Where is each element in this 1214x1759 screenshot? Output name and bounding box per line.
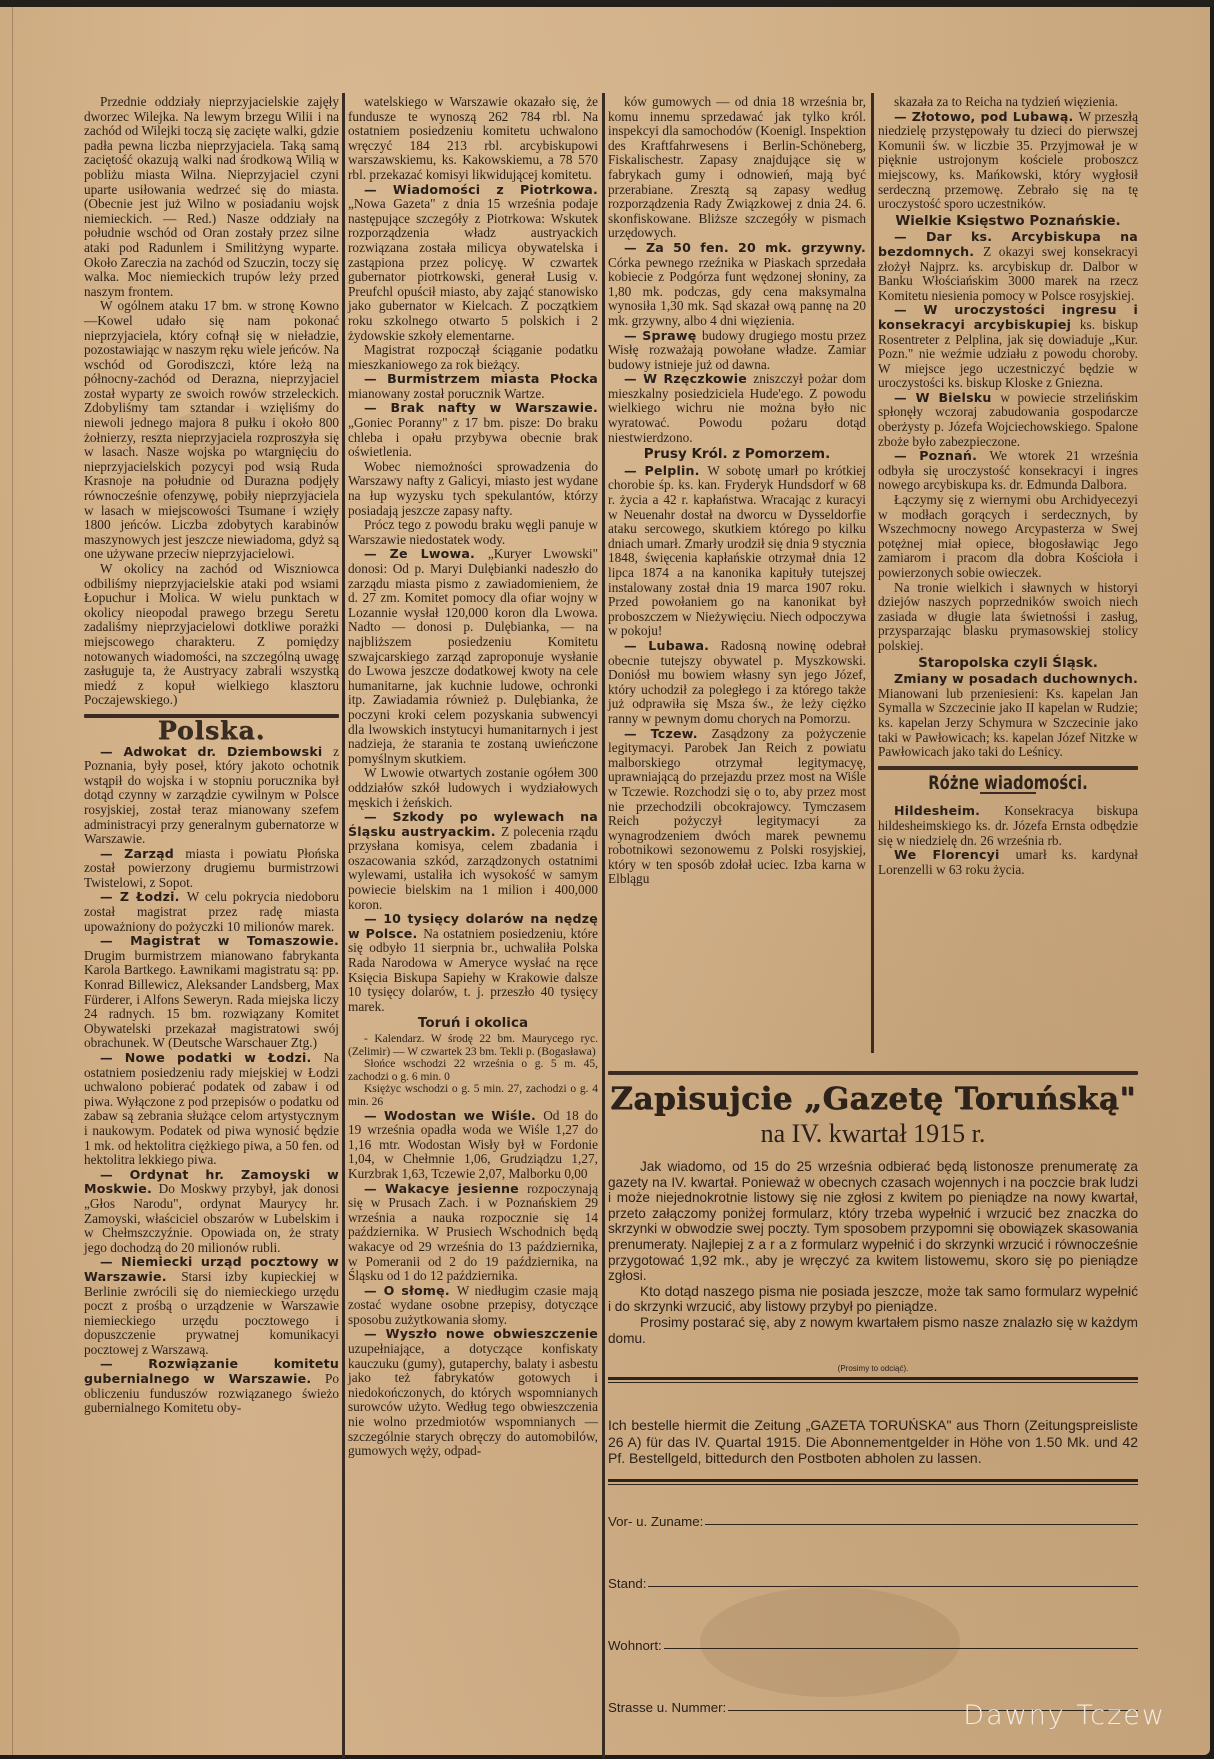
column-1: Przednie oddziały nieprzyjacielskie zaję… (84, 95, 339, 1416)
form-field-label: Stand: (608, 1576, 646, 1591)
advert-paragraph: Jak wiadomo, od 15 do 25 września odbier… (608, 1159, 1138, 1284)
news-item-text: Drugim burmistrzem mianowano fabrykanta … (84, 948, 339, 1051)
news-item-text: Córka pewnego rzeźnika w Piaskach sprzed… (608, 255, 866, 328)
news-item-text: Prócz tego z powodu braku węgli panuje w… (348, 517, 598, 547)
news-item: — Adwokat dr. Dziembowski z Poznania, by… (84, 745, 339, 847)
prusy-news-list: — Pelplin. W sobotę umarł po krótkiej ch… (608, 464, 866, 887)
form-field-label: Vor- u. Zuname: (608, 1514, 703, 1529)
cut-line (608, 1377, 1138, 1383)
news-item-headline: We Florencyi (894, 847, 1016, 862)
news-item-headline: — Wyszło nowe obwieszczenie (364, 1326, 598, 1341)
form-field[interactable]: Stand: (608, 1575, 1138, 1591)
form-divider (608, 1479, 1138, 1485)
section-heading-prusy: Prusy Król. z Pomorzem. (608, 447, 866, 462)
news-item-headline: — Sprawę (624, 328, 702, 343)
advert-paragraph: Kto dotąd naszego pisma nie posiada jesz… (608, 1284, 1138, 1315)
news-item: — Niemiecki urząd pocztowy w Warszawie. … (84, 1255, 339, 1357)
news-item: — Lubawa. Radosną nowinę odebrał obecnie… (608, 639, 866, 727)
form-field-blank[interactable] (664, 1647, 1138, 1649)
column-3: ków gumowych — od dnia 18 września br, k… (608, 95, 866, 887)
news-item-headline: — Złotowo, pod Lubawą. (894, 109, 1078, 124)
news-list: ków gumowych — od dnia 18 września br, k… (608, 95, 866, 445)
form-field-label: Strasse u. Nummer: (608, 1700, 726, 1715)
news-item-headline: — Rozwiązanie komitetu gubernialnego w W… (84, 1356, 339, 1386)
news-item: — W Bielsku w powiecie strzelińskim spło… (878, 391, 1138, 449)
news-item-headline: — Ze Lwowa. (364, 546, 488, 561)
news-item-text: Zasądzony za pożyczenie legitymacyi. Par… (608, 726, 866, 887)
news-item: — Zarząd miasta i powiatu Płońska został… (84, 847, 339, 891)
war-report: Przednie oddziały nieprzyjacielskie zaję… (84, 95, 339, 708)
paragraph: Przednie oddziały nieprzyjacielskie zaję… (84, 95, 339, 299)
section-heading-polska: Polska. (84, 724, 339, 739)
news-item: Zmiany w posadach duchownych. Mianowani … (878, 672, 1138, 760)
news-item-headline: — Tczew. (624, 726, 712, 741)
news-item: — Magistrat w Tomaszowie. Drugim burmist… (84, 934, 339, 1051)
news-item: Prócz tego z powodu braku węgli panuje w… (348, 518, 598, 547)
section-divider (608, 1071, 1138, 1075)
news-item-headline: — Magistrat w Tomaszowie. (100, 933, 339, 948)
news-list: skazała za to Reicha na tydzień więzieni… (878, 95, 1138, 212)
news-item: W Lwowie otwartych zostanie ogółem 300 o… (348, 766, 598, 810)
section-heading-torun: Toruń i okolica (348, 1016, 598, 1031)
torun-news-list: — Wodostan we Wiśle. Od 18 do 19 wrześni… (348, 1109, 598, 1459)
news-item-text: uzupełniające, a dotyczące konfiskaty ka… (348, 1341, 598, 1458)
news-item: — Złotowo, pod Lubawą. W przeszłą niedzi… (878, 110, 1138, 212)
order-form: Vor- u. Zuname:Stand:Wohnort:Strasse u. … (608, 1513, 1138, 1715)
news-item-text: ków gumowych — od dnia 18 września br, k… (608, 94, 866, 240)
news-item-text: Łączymy się z wiernymi obu Archidyecezyi… (878, 492, 1138, 580)
news-item-headline: — Pelplin. (624, 463, 707, 478)
news-item: ków gumowych — od dnia 18 września br, k… (608, 95, 866, 241)
news-item-text: skazała za to Reicha na tydzień więzieni… (894, 94, 1118, 109)
newspaper-page: Przednie oddziały nieprzyjacielskie zaję… (0, 7, 1210, 1755)
news-item: — Ze Lwowa. „Kuryer Lwowski" donosi: Od … (348, 547, 598, 766)
news-item-text: Magistrat rozpoczął ściąganie podatku mi… (348, 342, 598, 372)
column-rule (602, 93, 605, 1758)
news-item-headline: — Z Łodzi. (100, 889, 187, 904)
news-item: — W Rzęczkowie zniszczył pożar dom miesz… (608, 372, 866, 445)
polska-news-list: — Adwokat dr. Dziembowski z Poznania, by… (84, 745, 339, 1416)
news-item: — Ordynat hr. Zamoyski w Moskwie. Do Mos… (84, 1168, 339, 1256)
column-2: watelskiego w Warszawie okazało się, że … (348, 95, 598, 1459)
form-field-label: Wohnort: (608, 1638, 662, 1653)
paragraph: W okolicy na zachód od Wiszniowca odbili… (84, 562, 339, 708)
scan-top-edge (0, 0, 1214, 7)
news-item-text: mianowany został porucznik Wartze. (348, 386, 545, 401)
paragraph: Słońce wschodzi 22 września o g. 5 m. 45… (348, 1058, 598, 1083)
news-item-headline: Hildesheim. (894, 803, 1004, 818)
news-item: — 10 tysięcy dolarów na nędzę w Polsce. … (348, 912, 598, 1014)
news-item-headline: — Brak nafty w Warszawie. (364, 400, 598, 415)
section-heading-slask: Staropolska czyli Śląsk. (878, 656, 1138, 671)
news-item-text: Na ostatniem posiedzeniu rady miejskiej … (84, 1050, 339, 1167)
form-field-blank[interactable] (648, 1585, 1138, 1587)
advert-body: Jak wiadomo, od 15 do 25 września odbier… (608, 1159, 1138, 1346)
watermark-logo: Dawny Tczew (963, 1700, 1166, 1731)
news-item: — Z Łodzi. W celu pokrycia niedoboru zos… (84, 890, 339, 934)
news-item-text: W sobotę umarł po krótkiej chorobie śp. … (608, 463, 866, 639)
news-item-text: Mianowani lub przeniesieni: Ks. kapelan … (878, 686, 1138, 759)
form-field[interactable]: Vor- u. Zuname: (608, 1513, 1138, 1529)
news-item-headline: — Burmistrzem miasta Płocka (364, 371, 598, 386)
news-item-headline: — Poznań. (894, 448, 990, 463)
column-rule (342, 93, 345, 1758)
news-item: — Wyszło nowe obwieszczenie uzupełniając… (348, 1327, 598, 1458)
cut-here-note: (Prosimy to odciąć). (608, 1364, 1138, 1373)
calendar-block: - Kalendarz. W środę 22 bm. Maurycego ry… (348, 1033, 598, 1109)
news-list: watelskiego w Warszawie okazało się, że … (348, 95, 598, 1014)
news-item: Wobec niemożności sprowadzenia do Warsza… (348, 460, 598, 518)
subscription-advert: Zapisujcie „Gazetę Toruńską" na IV. kwar… (608, 1071, 1138, 1715)
news-item-headline: — W Bielsku (894, 390, 1000, 405)
news-item-text: Na tronie wielkich i sławnych w historyi… (878, 580, 1138, 653)
form-field-blank[interactable] (705, 1523, 1138, 1525)
slask-news-list: Zmiany w posadach duchownych. Mianowani … (878, 672, 1138, 760)
news-item-text: z Poznania, były poseł, który jakoto och… (84, 744, 339, 847)
advert-paragraph: Prosimy postarać się, aby z nowym kwarta… (608, 1315, 1138, 1346)
news-item-headline: — Za 50 fen. 20 mk. grzywny. (624, 240, 866, 255)
news-item-text: watelskiego w Warszawie okazało się, że … (348, 94, 598, 182)
news-item: — Tczew. Zasądzony za pożyczenie legitym… (608, 727, 866, 888)
form-field[interactable]: Wohnort: (608, 1637, 1138, 1653)
news-item-text: „Goniec Poranny" z 17 bm. pisze: Do brak… (348, 415, 598, 459)
news-item: — Wodostan we Wiśle. Od 18 do 19 wrześni… (348, 1109, 598, 1182)
news-item-headline: — Zarząd (100, 846, 185, 861)
news-item: — Dar ks. Arcybiskupa na bezdomnych. Z o… (878, 230, 1138, 303)
news-item: We Florencyi umarł ks. kardynał Lorenzel… (878, 848, 1138, 877)
news-item-headline: — Wodostan we Wiśle. (364, 1108, 543, 1123)
news-item-headline: — Adwokat dr. Dziembowski (100, 744, 333, 759)
column-rule (871, 93, 874, 1053)
section-heading-rozne: Różne wiadomości. (907, 776, 1110, 791)
column-4: skazała za to Reicha na tydzień więzieni… (878, 95, 1138, 877)
news-item: — Wakacye jesienne rozpoczynają się w Pr… (348, 1182, 598, 1284)
news-item-text: „Nowa Gazeta" z dnia 15 września podaje … (348, 196, 598, 342)
news-item: — Sprawę budowy drugiego mostu przez Wis… (608, 329, 866, 373)
news-item: — Burmistrzem miasta Płocka mianowany zo… (348, 372, 598, 401)
news-item-headline: — Nowe podatki w Łodzi. (100, 1050, 323, 1065)
news-item-text: rozpoczynają się w Prusach Zach. i w Poz… (348, 1181, 598, 1284)
news-item-headline: — Lubawa. (624, 638, 721, 653)
news-item-text: Wobec niemożności sprowadzenia do Warsza… (348, 459, 598, 518)
news-item-headline: — W Rzęczkowie (624, 371, 753, 386)
news-item: watelskiego w Warszawie okazało się, że … (348, 95, 598, 183)
news-item: — Poznań. We wtorek 21 września odbyła s… (878, 449, 1138, 493)
section-heading-poznan: Wielkie Księstwo Poznańskie. (878, 214, 1138, 229)
rozne-news-list: Hildesheim. Konsekracya biskupa hildeshe… (878, 804, 1138, 877)
paragraph: Księżyc wschodzi o g. 5 min. 27, zachodz… (348, 1083, 598, 1108)
news-item: — Pelplin. W sobotę umarł po krótkiej ch… (608, 464, 866, 639)
news-item: skazała za to Reicha na tydzień więzieni… (878, 95, 1138, 110)
news-item: Hildesheim. Konsekracya biskupa hildeshe… (878, 804, 1138, 848)
paragraph: W ogólnem ataku 17 bm. w stronę Kowno—Ko… (84, 299, 339, 562)
advert-subtitle: na IV. kwartał 1915 r. (608, 1119, 1138, 1149)
news-item: — Nowe podatki w Łodzi. Na ostatniem pos… (84, 1051, 339, 1168)
news-item: Magistrat rozpoczął ściąganie podatku mi… (348, 343, 598, 372)
page-fold-line (12, 7, 13, 1755)
section-divider (878, 766, 1138, 770)
poznan-news-list: — Dar ks. Arcybiskupa na bezdomnych. Z o… (878, 230, 1138, 653)
news-item: — O słomę. W niedługim czasie mają zosta… (348, 1284, 598, 1328)
news-item: — Rozwiązanie komitetu gubernialnego w W… (84, 1357, 339, 1415)
order-text: Ich bestelle hiermit die Zeitung „GAZETA… (608, 1417, 1138, 1467)
paragraph: - Kalendarz. W środę 22 bm. Maurycego ry… (348, 1033, 598, 1058)
news-item-headline: — O słomę. (364, 1283, 457, 1298)
advert-title: Zapisujcie „Gazetę Toruńską" (608, 1081, 1138, 1117)
news-item-headline: Zmiany w posadach duchownych. (894, 671, 1138, 686)
news-item-text: „Kuryer Lwowski" donosi: Od p. Maryi Dul… (348, 546, 598, 765)
news-item-text: W przeszłą niedzielę przystępowały tu dz… (878, 109, 1138, 212)
news-item: — Wiadomości z Piotrkowa. „Nowa Gazeta" … (348, 183, 598, 344)
news-item: — Za 50 fen. 20 mk. grzywny. Córka pewne… (608, 241, 866, 329)
news-item: Na tronie wielkich i sławnych w historyi… (878, 581, 1138, 654)
news-item: — W uroczystości ingresu i konsekracyi a… (878, 303, 1138, 391)
news-item: — Brak nafty w Warszawie. „Goniec Porann… (348, 401, 598, 459)
news-item: — Szkody po wylewach na Śląsku austryack… (348, 810, 598, 912)
news-item-headline: — Wiadomości z Piotrkowa. (364, 182, 598, 197)
news-item-headline: — Wakacye jesienne (364, 1181, 527, 1196)
news-item-text: W Lwowie otwartych zostanie ogółem 300 o… (348, 765, 598, 809)
news-item: Łączymy się z wiernymi obu Archidyecezyi… (878, 493, 1138, 581)
